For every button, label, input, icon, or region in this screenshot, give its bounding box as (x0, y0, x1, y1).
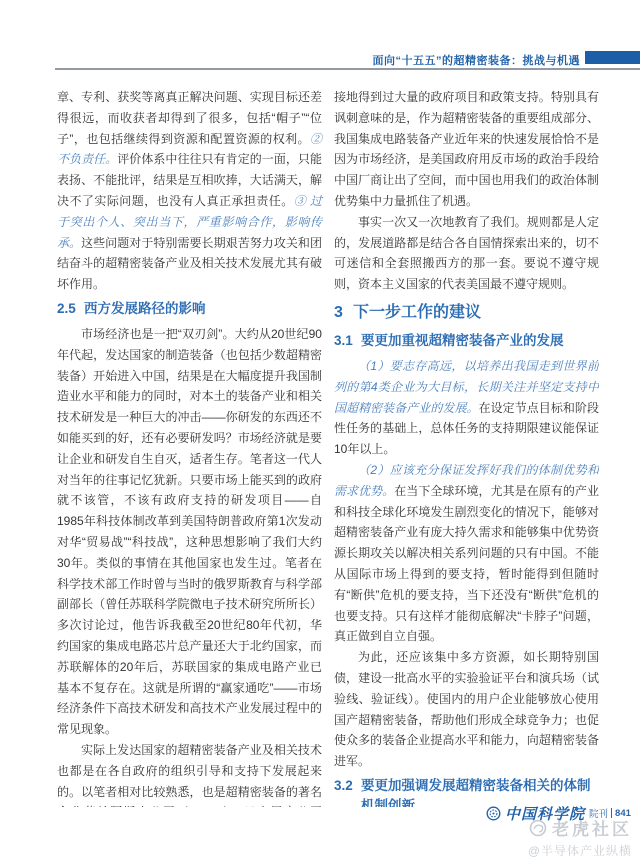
header-rule (55, 68, 640, 70)
section-title: 要更加重视超精密装备产业的发展 (361, 333, 564, 348)
paragraph: 市场经济也是一把“双刃剑”。大约从20世纪90年代起，发达国家的制造装备（也包括… (57, 324, 322, 740)
text-run: 事实一次又一次地教育了我们。规则都是人定的，发展道路都是结合各自国情探索出来的，… (334, 215, 599, 291)
left-column: 章、专利、获奖等离真正解决问题、实现目标还差得很远，而收获者却得到了很多，包括“… (57, 87, 322, 807)
running-title: 面向“十五五”的超精密装备：挑战与机遇 (373, 52, 581, 68)
paragraph-continued: 章、专利、获奖等离真正解决问题、实现目标还差得很远，而收获者却得到了很多，包括“… (57, 87, 322, 295)
header-accent-block (585, 51, 640, 64)
watermark-brand: 老虎社区 (552, 815, 632, 840)
section-number: 3.2 (334, 776, 353, 796)
watermark-brand-row: 老虎社区 (528, 815, 632, 840)
paragraph: 事实一次又一次地教育了我们。规则都是人定的，发展道路都是结合各自国情探索出来的，… (334, 212, 599, 295)
text-run: 市场经济也是一把“双刃剑”。大约从20世纪90年代起，发达国家的制造装备（也包括… (57, 327, 322, 736)
right-column: 接地得到过大量的政府项目和政策支持。特别具有讽刺意味的是，作为超精密装备的重要组… (334, 87, 599, 807)
watermark: 老虎社区 @半导体产业纵横 (528, 815, 632, 859)
paragraph: 为此，还应该集中多方资源，如长期特别国债，建设一批高水平的实验验证平台和演兵场（… (334, 647, 599, 772)
text-run: 章、专利、获奖等离真正解决问题、实现目标还差得很远，而收获者却得到了很多，包括“… (57, 90, 322, 146)
section-number: 2.5 (57, 299, 76, 319)
section-heading-3: 3下一步工作的建议 (334, 300, 599, 325)
cas-emblem-icon (486, 806, 501, 821)
text-run: 接地得到过大量的政府项目和政策支持。特别具有讽刺意味的是，作为超精密装备的重要组… (334, 90, 599, 208)
text-run: 为此，还应该集中多方资源，如长期特别国债，建设一批高水平的实验验证平台和演兵场（… (334, 650, 599, 768)
section-heading-2-5: 2.5西方发展路径的影响 (57, 299, 322, 319)
paragraph: （2）应该充分保证发挥好我们的体制优势和需求优势。在当下全球环境，尤其是在原有的… (334, 460, 599, 647)
section-title: 下一步工作的建议 (353, 304, 481, 321)
text-run: 这些问题对于特别需要长期艰苦努力攻关和团结奋斗的超精密装备产业及相关技术发展尤其… (57, 236, 322, 292)
tiger-icon (528, 818, 548, 838)
text-run: 在当下全球环境，尤其是在原有的产业和科技全球化环境发生剧烈变化的情况下，能够对超… (334, 484, 599, 644)
section-number: 3 (334, 300, 343, 325)
paragraph: 实际上发达国家的超精密装备产业及相关技术也都是在各自政府的组织引导和支持下发展起… (57, 740, 322, 807)
text-run: 实际上发达国家的超精密装备产业及相关技术也都是在各自政府的组织引导和支持下发展起… (57, 743, 322, 807)
paragraph: （1）要志存高远，以培养出我国走到世界前列的第4类企业为大目标，长期关注并坚定支… (334, 356, 599, 460)
paragraph-continued: 接地得到过大量的政府项目和政策支持。特别具有讽刺意味的是，作为超精密装备的重要组… (334, 87, 599, 212)
document-page: 面向“十五五”的超精密装备：挑战与机遇 章、专利、获奖等离真正解决问题、实现目标… (0, 0, 640, 862)
section-number: 3.1 (334, 331, 353, 351)
section-heading-3-1: 3.1要更加重视超精密装备产业的发展 (334, 331, 599, 351)
article-body: 章、专利、获奖等离真正解决问题、实现目标还差得很远，而收获者却得到了很多，包括“… (57, 87, 599, 807)
section-title: 西方发展路径的影响 (84, 301, 206, 316)
watermark-handle: @半导体产业纵横 (528, 842, 632, 859)
